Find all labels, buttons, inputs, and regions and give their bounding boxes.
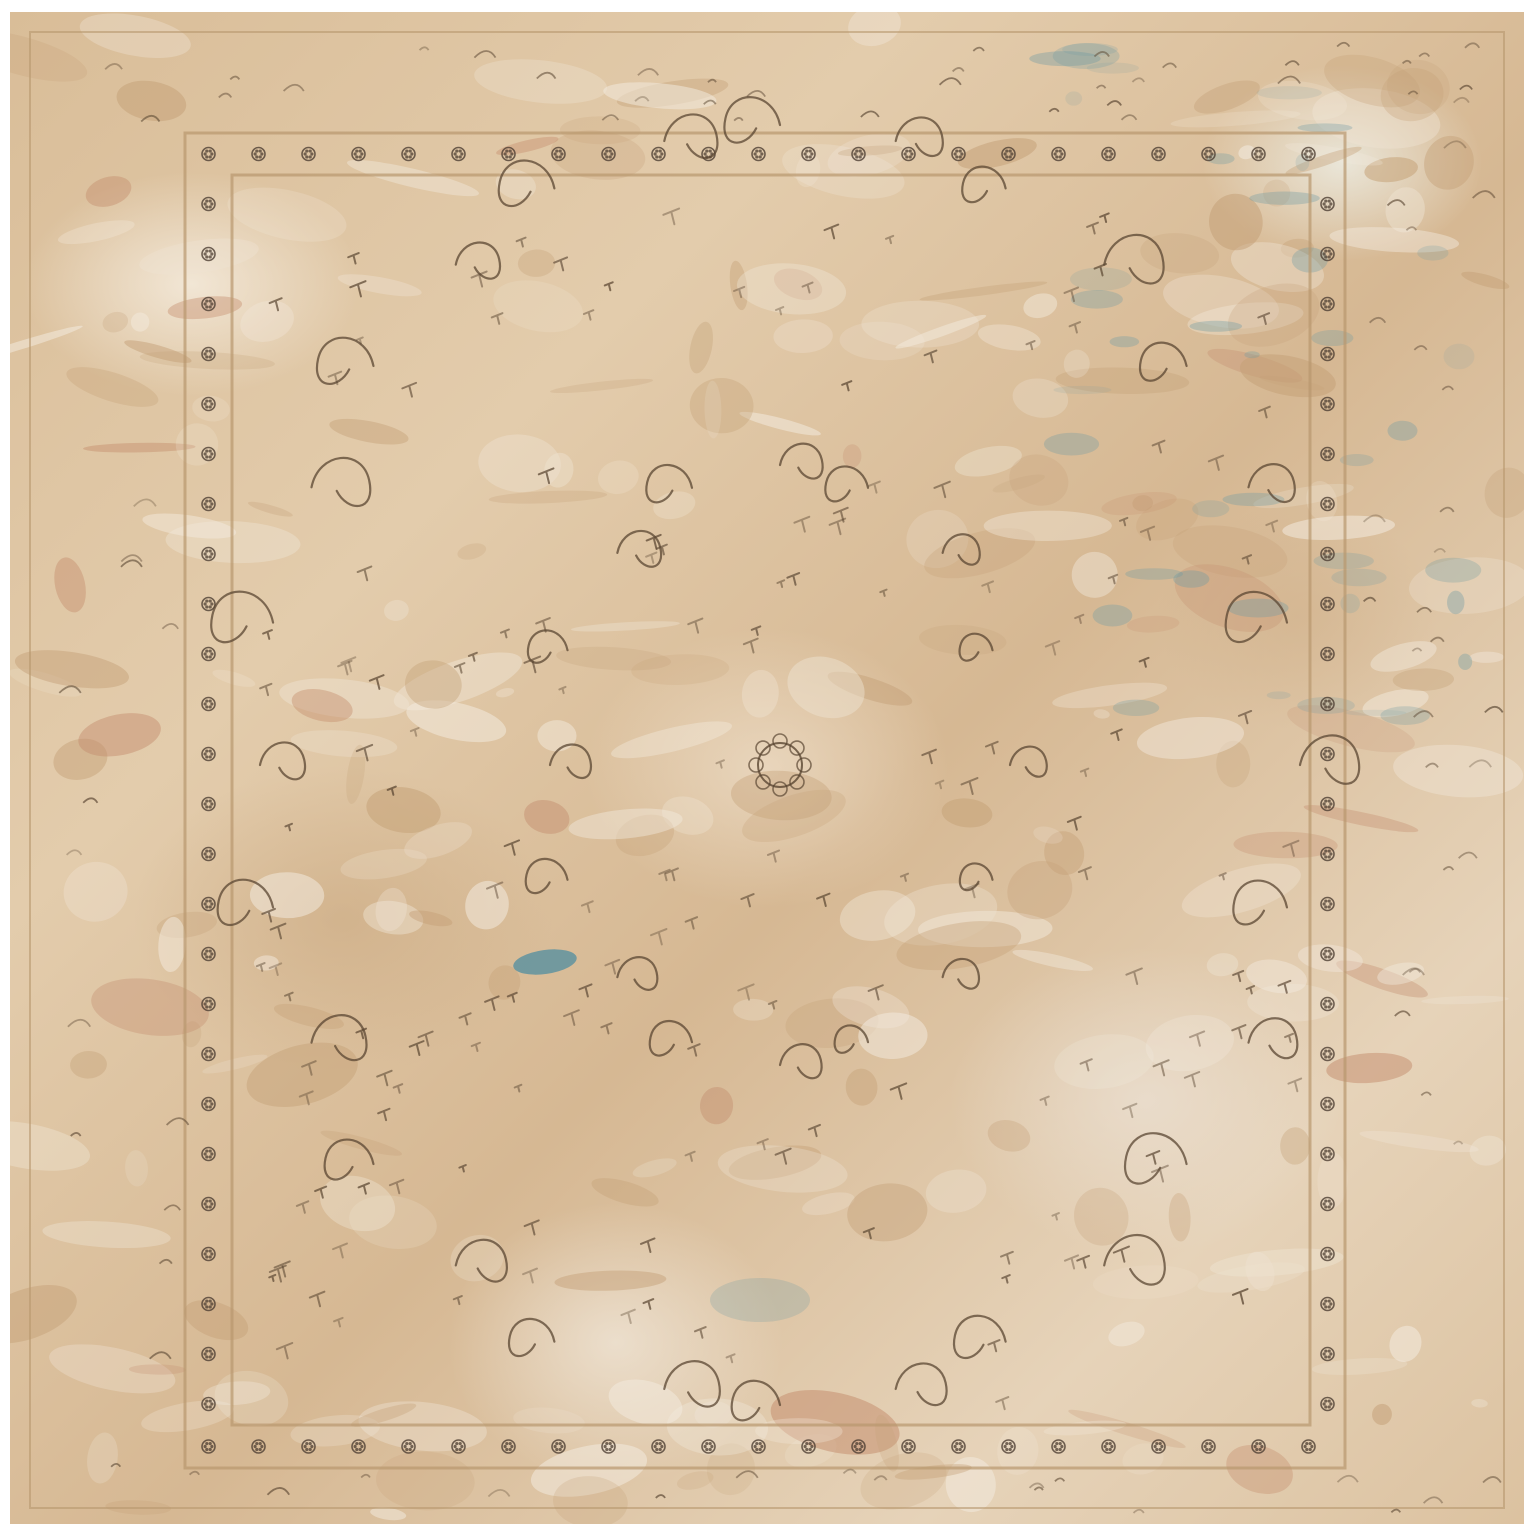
- border-motif: [267, 1488, 289, 1495]
- rosette-petal: [759, 155, 762, 158]
- medallion-scroll: [260, 742, 305, 779]
- rosette-petal: [204, 1402, 207, 1405]
- rosette-petal: [509, 1448, 512, 1451]
- floral-sprig: [1247, 986, 1254, 993]
- rosette-petal: [1255, 1442, 1258, 1445]
- wear-patch: [1126, 614, 1180, 634]
- floral-sprig: [263, 630, 272, 639]
- border-motif: [1364, 598, 1376, 602]
- floral-sprig: [695, 1327, 706, 1338]
- rosette-petal: [859, 155, 862, 158]
- border-motif: [1465, 43, 1479, 47]
- rosette-petal: [1055, 1442, 1058, 1445]
- rosette-petal: [209, 399, 212, 402]
- wear-patch: [137, 232, 261, 281]
- medallion-scroll: [509, 1319, 554, 1356]
- rosette-petal: [1324, 605, 1327, 608]
- rosette-petal: [1005, 155, 1008, 158]
- floral-sprig: [411, 728, 419, 736]
- rosette-petal: [1259, 149, 1262, 152]
- rosette-petal: [1254, 152, 1257, 155]
- border-motif: [1049, 109, 1058, 112]
- rosette-petal: [505, 155, 508, 158]
- rosette-petal: [504, 152, 507, 155]
- rosette-petal: [1328, 855, 1331, 858]
- rosette-petal: [1323, 452, 1326, 455]
- rosette-petal: [955, 149, 958, 152]
- teal-dye-trace: [1340, 594, 1360, 614]
- rosette-petal: [1329, 802, 1332, 805]
- wear-patch: [955, 132, 1040, 175]
- rosette-petal: [1328, 455, 1331, 458]
- rosette-petal: [1159, 149, 1162, 152]
- rosette-petal: [1328, 999, 1331, 1002]
- floral-sprig: [651, 929, 666, 944]
- wear-patch: [685, 320, 717, 376]
- rosette-petal: [905, 149, 908, 152]
- rosette-petal: [1324, 755, 1327, 758]
- rosette-petal: [209, 855, 212, 858]
- rosette-petal: [1323, 702, 1326, 705]
- rosette-petal: [659, 149, 662, 152]
- rosette-petal: [359, 1448, 362, 1451]
- floral-sprig: [1140, 658, 1149, 667]
- rosette-petal: [1205, 149, 1208, 152]
- floral-sprig: [1040, 1097, 1048, 1105]
- rosette-petal: [855, 1442, 858, 1445]
- wear-patch: [42, 1218, 172, 1252]
- rosette-petal: [1328, 1155, 1331, 1158]
- floral-sprig: [1120, 518, 1127, 525]
- rosette-petal: [209, 405, 212, 408]
- floral-sprig: [394, 1084, 403, 1093]
- wear-patch: [608, 714, 734, 766]
- wear-patch: [1359, 1127, 1480, 1157]
- floral-sprig: [564, 1010, 579, 1025]
- rosette-petal: [1305, 155, 1308, 158]
- medallion-scroll: [1125, 1133, 1187, 1183]
- floral-sprig: [1001, 1252, 1013, 1264]
- rosette-petal: [204, 1152, 207, 1155]
- wear-patch: [556, 644, 672, 673]
- floral-sprig: [643, 1299, 653, 1309]
- rosette-petal: [1055, 1448, 1058, 1451]
- wear-patch: [1282, 513, 1396, 543]
- rosette-petal: [209, 805, 212, 808]
- rosette-petal: [1323, 352, 1326, 355]
- rosette-petal: [209, 1199, 212, 1202]
- rosette-petal: [1005, 149, 1008, 152]
- rosette-petal: [1324, 805, 1327, 808]
- teal-dye-trace: [710, 1278, 810, 1322]
- rosette-petal: [205, 899, 208, 902]
- rosette-petal: [754, 152, 757, 155]
- rosette-petal: [609, 155, 612, 158]
- rosette-petal: [809, 149, 812, 152]
- rosette-petal: [204, 402, 207, 405]
- rosette-petal: [309, 1442, 312, 1445]
- rosette-petal: [659, 1448, 662, 1451]
- floral-sprig: [501, 629, 509, 637]
- border-motif: [843, 1470, 855, 1474]
- rosette-petal: [209, 505, 212, 508]
- wear-patch: [235, 294, 299, 348]
- rosette-petal: [704, 152, 707, 155]
- floral-sprig: [768, 851, 779, 862]
- rosette-petal: [1328, 1099, 1331, 1102]
- rosette-petal: [205, 655, 208, 658]
- rosette-petal: [205, 905, 208, 908]
- rosette-petal: [1329, 1252, 1332, 1255]
- floral-sprig: [988, 1340, 999, 1351]
- rosette-petal: [405, 1448, 408, 1451]
- teal-dye-trace: [1425, 558, 1481, 583]
- rosette-petal: [205, 149, 208, 152]
- teal-dye-trace: [1417, 245, 1448, 260]
- rosette-petal: [204, 502, 207, 505]
- rosette-petal: [209, 305, 212, 308]
- rosette-petal: [1328, 899, 1331, 902]
- rosette-petal: [205, 399, 208, 402]
- border-motif: [734, 118, 743, 121]
- wear-patch: [1139, 230, 1221, 277]
- rosette-petal: [1055, 155, 1058, 158]
- rosette-petal: [609, 149, 612, 152]
- rosette-petal: [1324, 1049, 1327, 1052]
- rosette-petal: [205, 1448, 208, 1451]
- rosette-petal: [1260, 152, 1263, 155]
- border-motif: [67, 850, 82, 855]
- rosette-petal: [1329, 302, 1332, 305]
- border-motif: [1483, 1477, 1501, 1483]
- rosette-petal: [255, 149, 258, 152]
- floral-sprig: [554, 257, 567, 270]
- wear-patch: [984, 1115, 1034, 1156]
- rosette-petal: [1324, 999, 1327, 1002]
- rosette-petal: [1159, 155, 1162, 158]
- floral-sprig: [922, 750, 936, 764]
- wear-patch: [56, 215, 136, 249]
- teal-dye-trace: [1053, 386, 1111, 394]
- rosette-petal: [1324, 249, 1327, 252]
- rosette-petal: [209, 1349, 212, 1352]
- rosette-petal: [1324, 299, 1327, 302]
- floral-sprig: [605, 960, 619, 974]
- rosette-petal: [209, 699, 212, 702]
- rosette-petal: [1160, 1445, 1163, 1448]
- rosette-petal: [205, 255, 208, 258]
- floral-sprig: [744, 639, 758, 653]
- floral-sprig: [1065, 1255, 1078, 1268]
- wear-patch: [844, 1179, 931, 1246]
- rosette-petal: [1328, 405, 1331, 408]
- rosette-petal: [459, 149, 462, 152]
- rosette-petal: [755, 155, 758, 158]
- rosette-petal: [205, 1105, 208, 1108]
- rosette-petal: [1328, 799, 1331, 802]
- rosette-petal: [1304, 1445, 1307, 1448]
- rosette-petal: [959, 149, 962, 152]
- floral-sprig: [891, 1083, 906, 1098]
- rosette-petal: [1328, 505, 1331, 508]
- rosette-petal: [454, 152, 457, 155]
- floral-sprig: [517, 238, 526, 247]
- rosette-petal: [409, 155, 412, 158]
- rosette-petal: [1328, 1049, 1331, 1052]
- floral-sprig: [936, 781, 944, 789]
- rosette-petal: [204, 352, 207, 355]
- floral-sprig: [646, 553, 656, 563]
- floral-sprig: [1111, 729, 1122, 740]
- rosette-petal: [1323, 952, 1326, 955]
- wear-patch: [1051, 1028, 1157, 1095]
- rosette-petal: [205, 555, 208, 558]
- border-motif: [488, 1490, 509, 1497]
- border-motif: [164, 1205, 180, 1210]
- rosette-petal: [259, 149, 262, 152]
- wear-patch: [240, 1031, 365, 1118]
- rosette-petal: [1110, 152, 1113, 155]
- rosette-petal: [205, 599, 208, 602]
- rosette-petal: [705, 149, 708, 152]
- rosette-petal: [1324, 505, 1327, 508]
- rosette-petal: [559, 155, 562, 158]
- rosette-petal: [1324, 655, 1327, 658]
- rosette-petal: [1109, 149, 1112, 152]
- rosette-petal: [1323, 1252, 1326, 1255]
- rosette-petal: [205, 1405, 208, 1408]
- border-motif: [83, 798, 97, 802]
- rosette-petal: [210, 1352, 213, 1355]
- rosette-petal: [1323, 802, 1326, 805]
- rosette-petal: [504, 1445, 507, 1448]
- rosette-petal: [255, 1448, 258, 1451]
- rosette-petal: [855, 155, 858, 158]
- wear-patch: [1011, 946, 1094, 975]
- teal-dye-trace: [1244, 351, 1259, 358]
- rosette-petal: [209, 1405, 212, 1408]
- rosette-petal: [405, 149, 408, 152]
- floral-sprig: [688, 1044, 700, 1056]
- rosette-petal: [1324, 705, 1327, 708]
- rosette-petal: [509, 1442, 512, 1445]
- rosette-petal: [205, 799, 208, 802]
- wear-patch: [1280, 1127, 1311, 1165]
- rosette-petal: [205, 1055, 208, 1058]
- rosette-petal: [1324, 1255, 1327, 1258]
- floral-sprig: [934, 482, 949, 497]
- rosette-petal: [1004, 152, 1007, 155]
- floral-sprig: [1100, 213, 1109, 222]
- floral-sprig: [605, 282, 613, 290]
- border-motif: [230, 77, 239, 80]
- wear-patch: [1371, 1402, 1394, 1426]
- border-motif: [1337, 1476, 1357, 1482]
- rosette-petal: [205, 1399, 208, 1402]
- rosette-petal: [1209, 149, 1212, 152]
- wear-patch: [1119, 1439, 1166, 1478]
- rosette-petal: [759, 1442, 762, 1445]
- wear-patch: [488, 272, 588, 340]
- rosette-petal: [209, 149, 212, 152]
- medallion-scroll: [311, 458, 370, 506]
- rosette-petal: [1324, 405, 1327, 408]
- rosette-petal: [510, 152, 513, 155]
- floral-sprig: [741, 894, 753, 906]
- rosette-petal: [204, 252, 207, 255]
- rosette-petal: [1255, 149, 1258, 152]
- border-motif: [1442, 386, 1453, 389]
- floral-sprig: [559, 687, 565, 693]
- rosette-petal: [655, 1448, 658, 1451]
- rosette-petal: [1324, 1305, 1327, 1308]
- wear-patch: [472, 53, 609, 109]
- wear-patch: [375, 1449, 476, 1512]
- rosette-petal: [1328, 905, 1331, 908]
- wear-patch: [10, 1112, 94, 1179]
- floral-sprig: [1068, 817, 1081, 830]
- rosette-petal: [205, 449, 208, 452]
- rosette-petal: [910, 152, 913, 155]
- border-motif: [1460, 86, 1472, 90]
- wear-patch: [1479, 463, 1524, 523]
- rosette-petal: [204, 152, 207, 155]
- rosette-petal: [205, 455, 208, 458]
- rosette-petal: [1329, 952, 1332, 955]
- rosette-petal: [655, 1442, 658, 1445]
- floral-sprig: [886, 236, 893, 243]
- rosette-petal: [1328, 255, 1331, 258]
- rosette-petal: [555, 149, 558, 152]
- medallion-scroll: [954, 1316, 1006, 1358]
- rosette-petal: [209, 1099, 212, 1102]
- rosette-petal: [904, 1445, 907, 1448]
- rosette-petal: [205, 199, 208, 202]
- rosette-petal: [905, 155, 908, 158]
- vintage-rug: [10, 12, 1524, 1524]
- rosette-petal: [759, 149, 762, 152]
- rosette-petal: [1155, 155, 1158, 158]
- rosette-petal: [460, 1445, 463, 1448]
- rosette-petal: [559, 149, 562, 152]
- floral-sprig: [1285, 1034, 1293, 1042]
- rosette-petal: [1324, 749, 1327, 752]
- rosette-petal: [455, 1442, 458, 1445]
- floral-sprig: [925, 351, 937, 363]
- rosette-petal: [605, 1442, 608, 1445]
- rosette-petal: [1328, 1355, 1331, 1358]
- floral-sprig: [460, 1013, 471, 1024]
- rosette-petal: [1329, 1152, 1332, 1155]
- rosette-petal: [1305, 1442, 1308, 1445]
- rosette-petal: [709, 1442, 712, 1445]
- rosette-petal: [209, 999, 212, 1002]
- rosette-petal: [1328, 805, 1331, 808]
- floral-sprig: [1239, 711, 1251, 723]
- rosette-petal: [1310, 1445, 1313, 1448]
- rosette-petal: [359, 149, 362, 152]
- floral-sprig: [1052, 1213, 1058, 1219]
- rosette-petal: [1010, 152, 1013, 155]
- rosette-petal: [204, 1202, 207, 1205]
- rosette-petal: [210, 702, 213, 705]
- rosette-petal: [1324, 205, 1327, 208]
- border-motif: [1391, 1510, 1400, 1513]
- rosette-petal: [560, 1445, 563, 1448]
- rosette-petal: [1324, 499, 1327, 502]
- rosette-petal: [1105, 1442, 1108, 1445]
- rosette-petal: [210, 502, 213, 505]
- wear-patch: [130, 311, 151, 333]
- floral-sprig: [601, 1023, 611, 1033]
- rosette-petal: [1204, 152, 1207, 155]
- rosette-petal: [1328, 199, 1331, 202]
- rosette-petal: [709, 1448, 712, 1451]
- rosette-petal: [1054, 1445, 1057, 1448]
- rosette-petal: [1005, 1442, 1008, 1445]
- wear-patch: [209, 1364, 293, 1433]
- rosette-petal: [1105, 149, 1108, 152]
- border-motif: [1431, 638, 1444, 642]
- rosette-petal: [1060, 152, 1063, 155]
- rosette-petal: [704, 1445, 707, 1448]
- rosette-petal: [210, 652, 213, 655]
- rosette-petal: [205, 1249, 208, 1252]
- rosette-petal: [1329, 502, 1332, 505]
- rosette-petal: [209, 1005, 212, 1008]
- floral-sprig: [358, 567, 372, 581]
- rosette-petal: [210, 1052, 213, 1055]
- wear-patch: [1469, 651, 1504, 663]
- rosette-petal: [254, 1445, 257, 1448]
- floral-sprig: [277, 1343, 292, 1358]
- border-motif: [219, 94, 231, 98]
- rosette-petal: [209, 749, 212, 752]
- wear-patch: [689, 377, 755, 435]
- rosette-petal: [760, 1445, 763, 1448]
- rosette-petal: [305, 149, 308, 152]
- rosette-petal: [1328, 1405, 1331, 1408]
- teal-patch: [512, 946, 579, 979]
- wear-patch: [1311, 1356, 1407, 1378]
- rosette-petal: [205, 1205, 208, 1208]
- floral-sprig: [809, 1125, 820, 1136]
- center-rosette-petal: [773, 734, 787, 748]
- rosette-petal: [1323, 1052, 1326, 1055]
- rosette-petal: [959, 1442, 962, 1445]
- rosette-petal: [1328, 1349, 1331, 1352]
- rosette-petal: [505, 149, 508, 152]
- rosette-petal: [204, 602, 207, 605]
- wear-patch: [1302, 800, 1419, 837]
- rosette-petal: [1328, 1149, 1331, 1152]
- rosette-petal: [705, 1442, 708, 1445]
- rug-pattern: [10, 12, 1524, 1524]
- rosette-petal: [1329, 752, 1332, 755]
- rosette-petal: [610, 1445, 613, 1448]
- wear-patch: [327, 414, 410, 450]
- rosette-petal: [209, 705, 212, 708]
- rosette-petal: [1324, 1299, 1327, 1302]
- rosette-petal: [204, 202, 207, 205]
- rosette-petal: [1324, 1099, 1327, 1102]
- wear-patch: [1071, 551, 1118, 598]
- rosette-petal: [205, 349, 208, 352]
- wear-patch: [512, 1405, 586, 1437]
- floral-sprig: [1152, 1166, 1168, 1182]
- rosette-petal: [404, 1445, 407, 1448]
- border-motif: [656, 1495, 665, 1498]
